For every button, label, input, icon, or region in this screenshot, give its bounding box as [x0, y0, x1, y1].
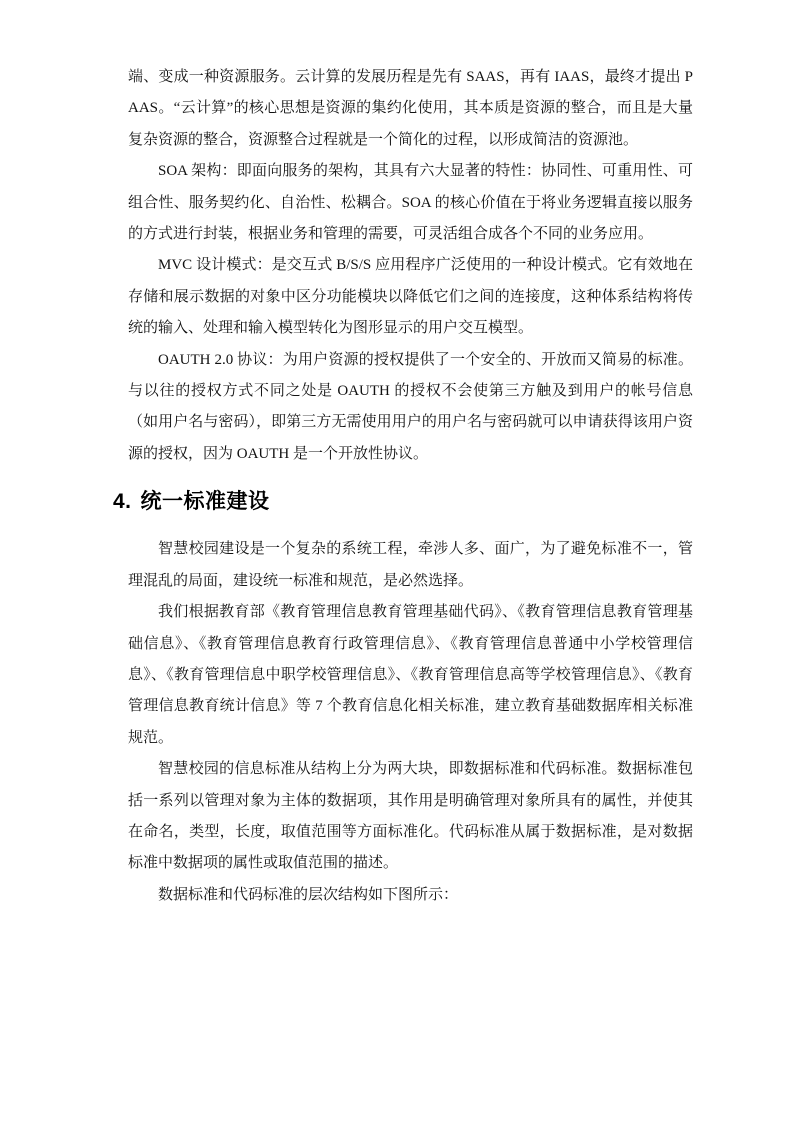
- paragraph-mvc-design-pattern: MVC 设计模式：是交互式 B/S/S 应用程序广泛使用的一种设计模式。它有效地…: [128, 250, 693, 344]
- section-heading-number: 4.: [113, 490, 132, 513]
- section-heading-title: 统一标准建设: [141, 490, 270, 513]
- paragraph-ministry-standards-list: 我们根据教育部《教育管理信息教育管理基础代码》、《教育管理信息教育管理基础信息》…: [128, 597, 693, 754]
- paragraph-figure-caption-lead-in: 数据标准和代码标准的层次结构如下图所示：: [128, 880, 693, 911]
- paragraph-oauth-protocol: OAUTH 2.0 协议：为用户资源的授权提供了一个安全的、开放而又简易的标准。…: [128, 345, 693, 471]
- paragraph-unified-standard-intro: 智慧校园建设是一个复杂的系统工程，牵涉人多、面广，为了避免标准不一，管理混乱的局…: [128, 534, 693, 597]
- section-heading-4: 4.统一标准建设: [113, 486, 693, 517]
- paragraph-data-and-code-standards: 智慧校园的信息标准从结构上分为两大块，即数据标准和代码标准。数据标准包括一系列以…: [128, 754, 693, 880]
- paragraph-cloud-computing-continuation: 端、变成一种资源服务。云计算的发展历程是先有 SAAS，再有 IAAS，最终才提…: [128, 62, 693, 156]
- document-page: 端、变成一种资源服务。云计算的发展历程是先有 SAAS，再有 IAAS，最终才提…: [0, 0, 793, 1122]
- paragraph-soa-architecture: SOA 架构：即面向服务的架构，其具有六大显著的特性：协同性、可重用性、可组合性…: [128, 156, 693, 250]
- document-content: 端、变成一种资源服务。云计算的发展历程是先有 SAAS，再有 IAAS，最终才提…: [0, 0, 793, 911]
